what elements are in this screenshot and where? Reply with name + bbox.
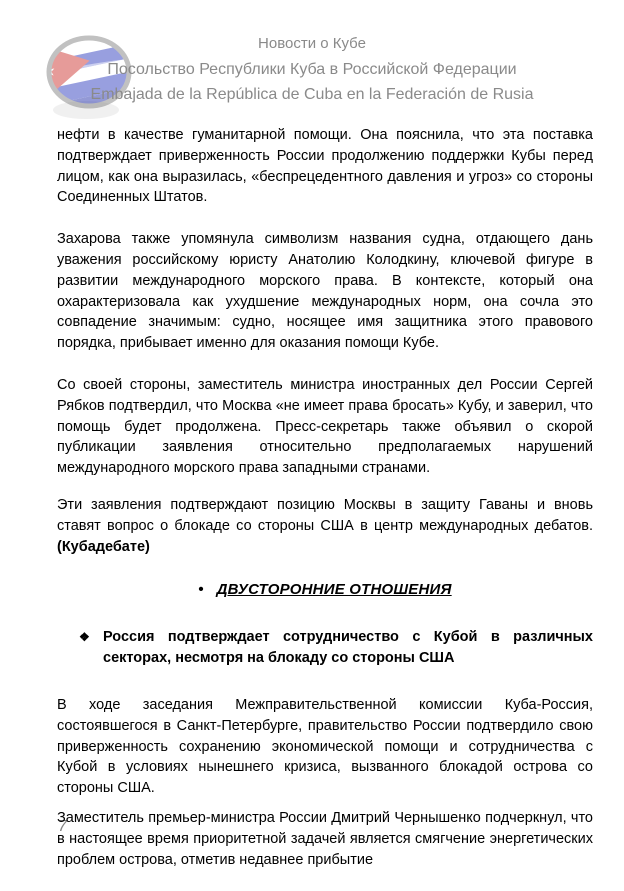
paragraph-chernyshenko: Заместитель премьер-министра России Дмит… — [57, 808, 593, 870]
embassy-name-es: Embajada de la República de Cuba en la F… — [0, 82, 624, 107]
article-headline-text: Россия подтверждает сотрудничество с Куб… — [103, 627, 593, 669]
document-header: Новости о Кубе Посольство Республики Куб… — [0, 31, 624, 107]
paragraph-intergovernmental-commission: В ходе заседания Межправительственной ко… — [57, 695, 593, 799]
section-bullet-icon: • — [198, 581, 203, 599]
section-heading-bilateral-relations: •ДВУСТОРОННИЕ ОТНОШЕНИЯ — [57, 581, 593, 599]
document-body: нефти в качестве гуманитарной помощи. Он… — [57, 125, 593, 870]
section-heading-title: ДВУСТОРОННИЕ ОТНОШЕНИЯ — [217, 581, 452, 598]
paragraph-oil-shipment: нефти в качестве гуманитарной помощи. Он… — [57, 125, 593, 208]
paragraph-zakharova-symbolism: Захарова также упомянула символизм назва… — [57, 229, 593, 354]
document-page: ★ Новости о Кубе Посольство Республики К… — [0, 0, 624, 891]
article-headline-item: ❖ Россия подтверждает сотрудничество с К… — [57, 627, 593, 669]
embassy-name-ru: Посольство Республики Куба в Российской … — [0, 57, 624, 82]
paragraph-moscow-position: Эти заявления подтверждают позицию Москв… — [57, 495, 593, 557]
paragraph-moscow-position-text: Эти заявления подтверждают позицию Москв… — [57, 497, 593, 534]
newsletter-title: Новости о Кубе — [0, 31, 624, 57]
paragraph-ryabkov: Со своей стороны, заместитель министра и… — [57, 375, 593, 479]
source-attribution: (Кубадебате) — [57, 539, 150, 555]
diamond-bullet-icon: ❖ — [79, 627, 103, 669]
